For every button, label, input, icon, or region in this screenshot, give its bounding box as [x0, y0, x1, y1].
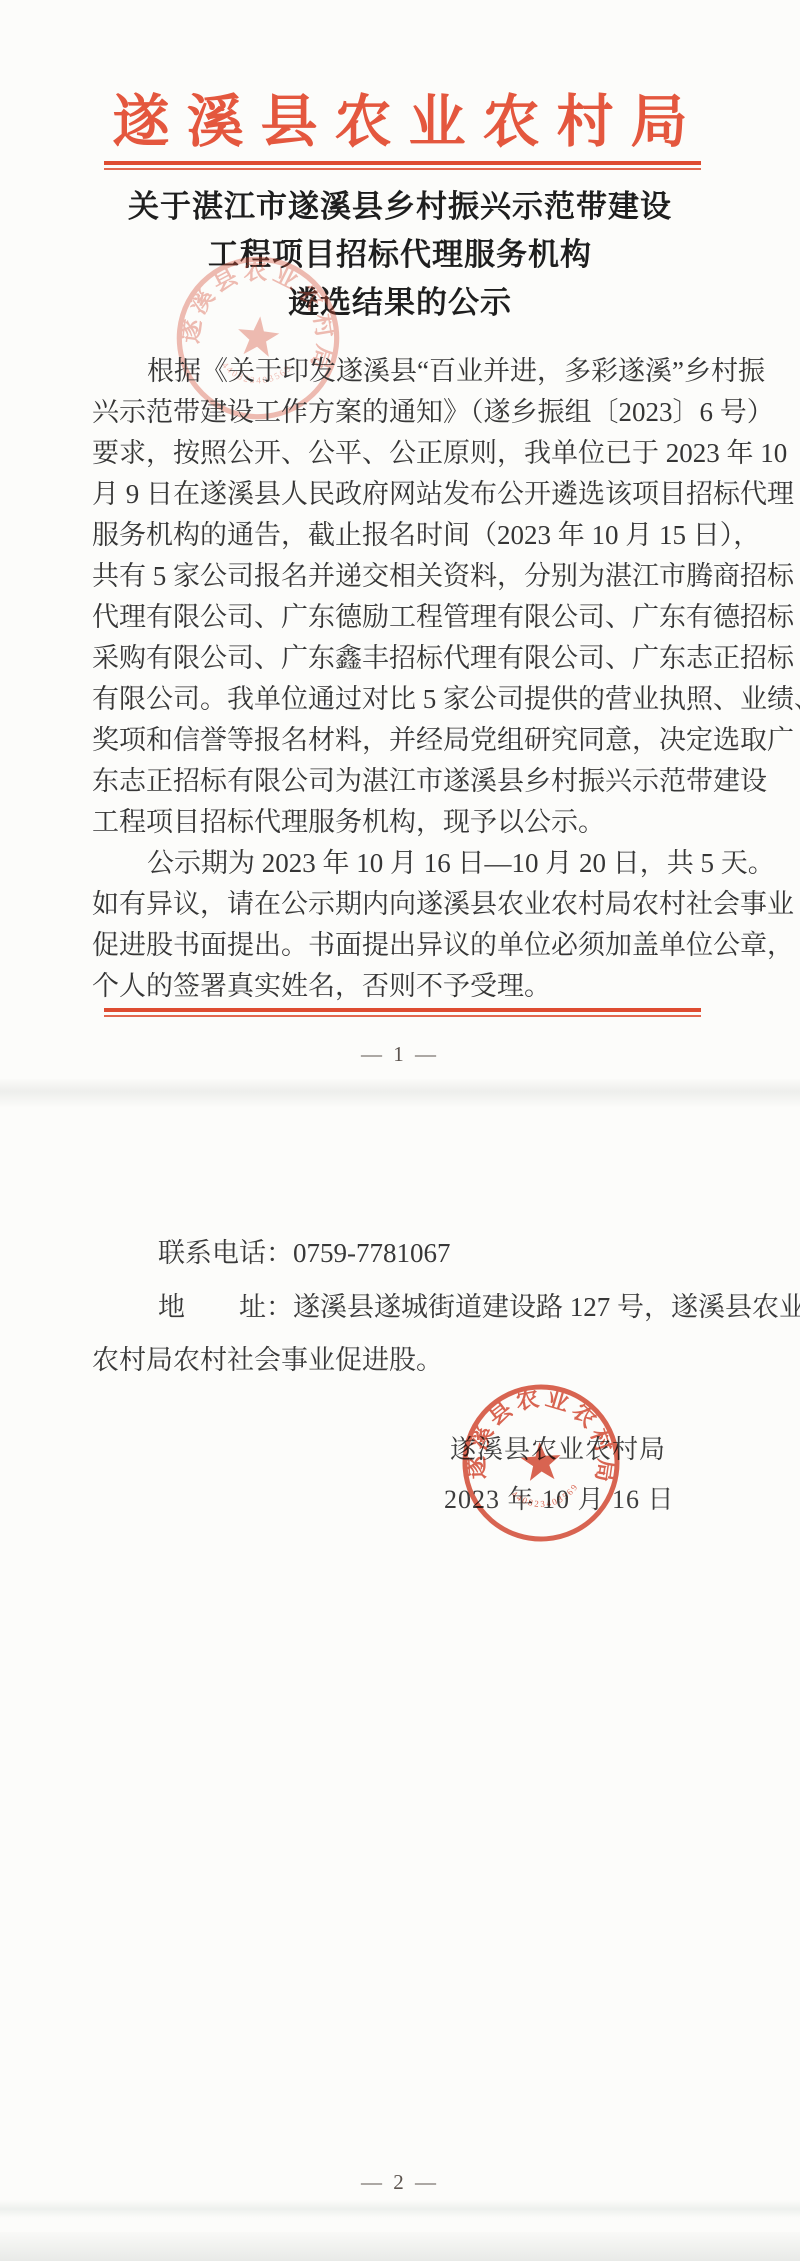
page-number-2: — 2 —: [0, 2170, 800, 2195]
contact-address-line-2: 农村局农村社会事业促进股。: [92, 1343, 443, 1377]
body-line: 个人的签署真实姓名，否则不予受理。: [92, 966, 722, 1007]
page-number-1: — 1 —: [0, 1042, 800, 1067]
footer-divider-rule: [104, 1008, 701, 1017]
body-line: 服务机构的通告，截止报名时间（2023 年 10 月 15 日），: [92, 515, 722, 556]
body-line: 促进股书面提出。书面提出异议的单位必须加盖单位公章，: [92, 925, 722, 966]
contact-phone: 联系电话：0759-7781067: [158, 1236, 451, 1270]
body-line: 如有异议，请在公示期内向遂溪县农业农村局农村社会事业: [92, 884, 722, 925]
agency-header: 遂溪县农业农村局: [0, 76, 800, 158]
contact-address-line-1: 地 址：遂溪县遂城街道建设路 127 号，遂溪县农业: [158, 1290, 800, 1324]
document-title-line-2: 工程项目招标代理服务机构: [0, 231, 800, 279]
signature-organization: 遂溪县农业农村局: [450, 1429, 666, 1466]
body-line: 月 9 日在遂溪县人民政府网站发布公开遴选该项目招标代理: [92, 474, 722, 515]
body-line: 公示期为 2023 年 10 月 16 日—10 月 20 日，共 5 天。: [92, 843, 722, 884]
document-scan: 遂溪县农业农村局 关于湛江市遂溪县乡村振兴示范带建设 工程项目招标代理服务机构 …: [0, 0, 800, 2261]
body-text: 根据《关于印发遂溪县“百业并进，多彩遂溪”乡村振 兴示范带建设工作方案的通知》（…: [92, 351, 722, 1007]
body-line: 兴示范带建设工作方案的通知》（遂乡振组〔2023〕6 号）: [92, 392, 722, 433]
document-title: 关于湛江市遂溪县乡村振兴示范带建设 工程项目招标代理服务机构 遴选结果的公示: [0, 183, 800, 327]
document-title-line-1: 关于湛江市遂溪县乡村振兴示范带建设: [0, 183, 800, 231]
body-line: 奖项和信誉等报名材料，并经局党组研究同意，决定选取广: [92, 720, 722, 761]
page-break-band: [0, 1078, 800, 1108]
scan-edge-band: [0, 2232, 800, 2261]
header-divider-rule: [104, 161, 701, 170]
body-line: 东志正招标有限公司为湛江市遂溪县乡村振兴示范带建设: [92, 761, 722, 802]
signature-date: 2023 年 10 月 16 日: [444, 1479, 675, 1516]
body-line: 根据《关于印发遂溪县“百业并进，多彩遂溪”乡村振: [92, 351, 722, 392]
body-line: 有限公司。我单位通过对比 5 家公司提供的营业执照、业绩、: [92, 679, 722, 720]
document-title-line-3: 遴选结果的公示: [0, 279, 800, 327]
scan-artifact-band: [0, 2200, 800, 2218]
body-line: 工程项目招标代理服务机构，现予以公示。: [92, 802, 722, 843]
body-line: 要求，按照公开、公平、公正原则，我单位已于 2023 年 10: [92, 433, 722, 474]
body-line: 代理有限公司、广东德励工程管理有限公司、广东有德招标: [92, 597, 722, 638]
body-line: 共有 5 家公司报名并递交相关资料，分别为湛江市腾商招标: [92, 556, 722, 597]
body-line: 采购有限公司、广东鑫丰招标代理有限公司、广东志正招标: [92, 638, 722, 679]
